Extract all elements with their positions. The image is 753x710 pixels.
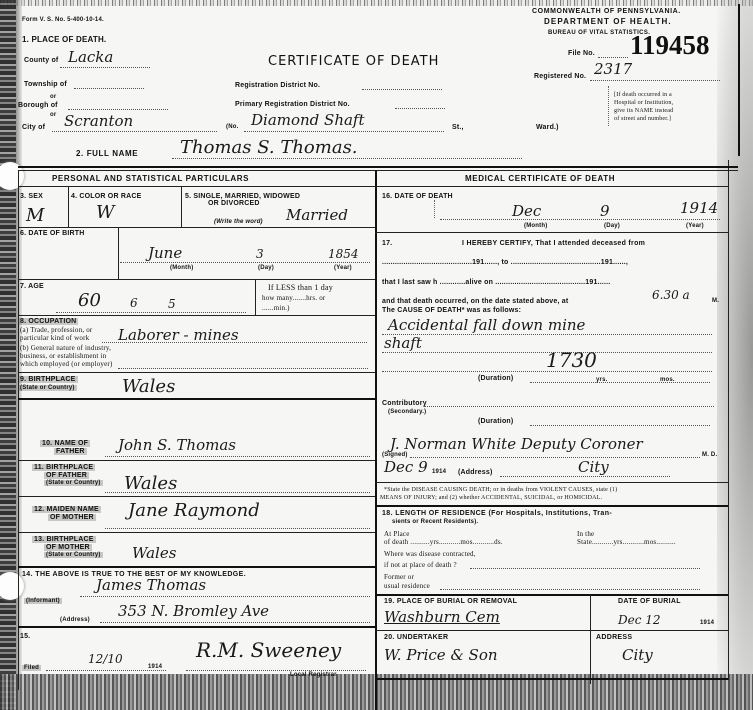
burial-place-value: Washburn Cem <box>384 610 500 625</box>
row-line <box>18 315 375 316</box>
bottom-border <box>375 678 728 680</box>
undertaker-address-label: ADDRESS <box>596 634 632 641</box>
street-line <box>244 131 444 132</box>
occupation-label: 8. OCCUPATION <box>18 318 78 325</box>
header-divider-2 <box>18 170 738 171</box>
father-birthplace-label: 11. BIRTHPLACE <box>32 464 95 471</box>
attendance-range-line: ........................................… <box>382 259 628 266</box>
cause-of-death-label: The CAUSE OF DEATH* was as follows: <box>382 307 521 314</box>
less-than-day-text: how many.......hrs. or <box>262 295 325 302</box>
where-contracted-line: if not at place of death ? <box>384 562 457 569</box>
burial-place-label: 19. PLACE OF BURIAL OR REMOVAL <box>384 598 517 605</box>
registrar-label: Local Registrar <box>290 672 337 678</box>
age-line <box>56 312 246 313</box>
marital-label-2: OR DIVORCED <box>208 200 260 207</box>
occupation-line <box>102 342 367 343</box>
duration-line <box>530 382 710 383</box>
informant-label: (Informant) <box>24 598 62 604</box>
birthplace-hint: (State or Country) <box>18 385 77 391</box>
former-residence-dots <box>440 589 700 590</box>
column-divider <box>375 170 377 710</box>
undertaker-label: 20. UNDERTAKER <box>384 634 448 641</box>
footnote-line-2: MEANS OF INJURY; and (2) whether ACCIDEN… <box>380 495 602 501</box>
informant-address-value: 353 N. Bromley Ave <box>118 604 269 619</box>
row-line <box>375 505 728 507</box>
primary-registration-district-label: Primary Registration District No. <box>235 101 350 108</box>
full-name-label: 2. FULL NAME <box>76 150 138 158</box>
county-line <box>60 67 150 68</box>
or-label: or <box>50 94 56 100</box>
city-label: City of <box>22 124 45 131</box>
age-months: 6 <box>130 297 138 309</box>
informant-line <box>80 596 370 597</box>
certify-text: I HEREBY CERTIFY, That I attended deceas… <box>462 240 645 247</box>
undertaker-value: W. Price & Son <box>384 648 498 663</box>
ward-label: Ward.) <box>536 124 559 131</box>
undertaker-address-value: City <box>622 648 653 663</box>
row-line <box>375 630 728 631</box>
where-contracted-dots <box>470 568 700 569</box>
mother-birthplace-value: Wales <box>132 546 176 561</box>
certify-number: 17. <box>382 240 392 247</box>
file-no-line <box>598 57 628 58</box>
burial-date-value: Dec 12 <box>618 614 661 626</box>
row-line <box>18 186 375 187</box>
cause-line-2: shaft <box>384 336 422 351</box>
month-caption: (Month) <box>524 223 547 229</box>
color-value: W <box>96 204 115 222</box>
row-line <box>375 482 728 483</box>
hospital-note: give its NAME instead <box>614 108 673 114</box>
file-number: 119458 <box>630 32 710 59</box>
borough-label: Borough of <box>18 102 58 109</box>
physician-address-line <box>500 476 670 477</box>
cause-line <box>382 334 712 335</box>
informant-address-line <box>100 622 370 623</box>
form-number: Form V. S. No. 5-400-10-14. <box>22 17 104 23</box>
cause-line-1: Accidental fall down mine <box>388 318 585 333</box>
mother-name-label: 12. MAIDEN NAME <box>32 506 101 513</box>
dob-year: 1854 <box>328 248 359 260</box>
father-name-line <box>105 456 370 457</box>
year-caption: (Year) <box>686 223 704 229</box>
hospital-note: of street and number.] <box>614 116 671 122</box>
father-name-label-2: FATHER <box>54 448 87 455</box>
burial-date-label: DATE OF BURIAL <box>618 598 681 605</box>
informant-value: James Thomas <box>96 578 206 593</box>
county-label: County of <box>24 57 58 64</box>
marital-label: 5. SINGLE, MARRIED, WIDOWED <box>185 193 300 200</box>
father-birthplace-hint: (State or Country) <box>44 480 103 486</box>
where-contracted-label: Where was disease contracted, <box>384 551 476 558</box>
row-line <box>18 227 375 228</box>
filed-label: 15. <box>20 633 30 640</box>
death-date-line <box>440 219 720 220</box>
duration-2-label: (Duration) <box>478 418 513 425</box>
signed-date: Dec 9 <box>384 460 428 475</box>
less-than-day-text: ......min.) <box>262 305 290 312</box>
registered-no-label: Registered No. <box>534 73 586 80</box>
age-label: 7. AGE <box>20 283 44 290</box>
row-line <box>18 460 375 461</box>
industry-hint: which employed (or employer) <box>20 361 113 368</box>
county-value: Lacka <box>68 50 113 65</box>
mother-birthplace-label: 13. BIRTHPLACE <box>32 536 96 543</box>
duration-2-line <box>530 425 710 426</box>
registrar-line <box>186 670 366 671</box>
father-birthplace-line <box>105 492 370 493</box>
cell-divider <box>181 186 182 227</box>
former-residence-line: usual residence <box>384 583 430 590</box>
death-month: Dec <box>512 204 541 219</box>
street-suffix-label: St., <box>452 124 464 131</box>
less-than-day-text: If LESS than 1 day <box>268 284 333 292</box>
industry-hint: (b) General nature of industry, <box>20 345 111 352</box>
cell-divider <box>434 200 435 218</box>
mother-name-value: Jane Raymond <box>128 502 260 520</box>
death-time: 6.30 a <box>652 289 690 301</box>
sex-label: 3. SEX <box>20 193 43 200</box>
father-name-value: John S. Thomas <box>118 438 236 453</box>
full-name-value: Thomas S. Thomas. <box>180 139 358 157</box>
city-value: Scranton <box>64 114 133 129</box>
signed-year: 1914 <box>432 469 446 475</box>
or-label: or <box>50 112 56 118</box>
former-residence-label: Former or <box>384 574 414 581</box>
row-line <box>18 372 375 373</box>
death-year: 1914 <box>680 201 718 216</box>
father-birthplace-label-2: OF FATHER <box>44 472 89 479</box>
last-saw-line: that I last saw h ............alive on .… <box>382 279 610 286</box>
physician-address-label: (Address) <box>458 469 492 476</box>
row-line <box>18 398 375 400</box>
father-birthplace-value: Wales <box>124 475 177 493</box>
dob-line <box>120 262 370 263</box>
scan-binding-edge <box>0 0 16 710</box>
left-border <box>18 170 19 690</box>
at-place-line: of death ..........yrs...........mos....… <box>384 539 503 546</box>
father-name-label: 10. NAME OF <box>40 440 90 447</box>
cell-divider <box>590 594 591 684</box>
month-caption: (Month) <box>170 265 193 271</box>
signed-by: J. Norman White Deputy Coroner <box>390 437 643 452</box>
filed-line <box>46 670 166 671</box>
contributory-line <box>424 406 714 407</box>
scan-noise-top <box>0 0 753 6</box>
issuer-department: DEPARTMENT OF HEALTH. <box>544 18 672 26</box>
registration-district-label: Registration District No. <box>235 82 320 89</box>
informant-address-label: (Address) <box>60 617 90 623</box>
date-of-death-label: 16. DATE OF DEATH <box>382 193 453 200</box>
sex-value: M <box>26 207 44 225</box>
in-state-line: State...........yrs...........mos.......… <box>577 539 676 546</box>
full-name-line <box>172 158 522 159</box>
cause-line <box>382 371 712 372</box>
color-label: 4. COLOR OR RACE <box>71 193 141 200</box>
year-caption: (Year) <box>334 265 352 271</box>
burial-year: 1914 <box>700 620 714 626</box>
cell-divider <box>118 227 119 279</box>
row-line <box>375 186 728 187</box>
residence-label: 18. LENGTH OF RESIDENCE (For Hospitals, … <box>382 510 612 517</box>
township-label: Township of <box>24 81 67 88</box>
industry-hint: business, or establishment in <box>20 353 106 360</box>
hospital-note-divider <box>608 86 609 126</box>
row-line <box>18 626 375 628</box>
physician-address: City <box>578 460 609 475</box>
hospital-note: [If death occurred in a <box>614 92 672 98</box>
row-line <box>375 594 728 596</box>
marital-hint: (Write the word) <box>214 219 263 225</box>
birthplace-value: Wales <box>122 378 175 396</box>
township-line <box>74 88 144 89</box>
mother-birthplace-label-2: OF MOTHER <box>44 544 92 551</box>
registered-no-line <box>590 80 720 81</box>
industry-line <box>118 368 368 369</box>
row-line <box>18 279 375 280</box>
contributory-label: Contributory <box>382 400 427 407</box>
street-number-label: (No. <box>226 124 238 130</box>
row-line <box>18 566 375 568</box>
hospital-note: Hospital or Institution, <box>614 100 673 106</box>
age-years: 60 <box>78 292 101 310</box>
border-right-upper <box>738 4 740 156</box>
cell-divider <box>255 279 256 315</box>
cell-divider <box>68 186 69 227</box>
row-line <box>18 532 375 533</box>
row-line <box>375 232 728 233</box>
death-day: 9 <box>600 204 610 219</box>
dob-day: 3 <box>256 248 264 260</box>
filed-date: 12/10 <box>88 653 123 665</box>
years-unit: yrs. <box>596 377 607 383</box>
mother-name-line <box>105 528 370 529</box>
city-line <box>52 131 217 132</box>
primary-district-line <box>395 108 445 109</box>
street-value: Diamond Shaft <box>251 113 365 128</box>
death-time-suffix: M. <box>712 298 719 304</box>
medical-section-header: MEDICAL CERTIFICATE OF DEATH <box>465 175 615 183</box>
mother-name-label-2: OF MOTHER <box>48 514 96 521</box>
registration-district-line <box>362 89 442 90</box>
birthplace-label: 9. BIRTHPLACE <box>18 376 78 383</box>
at-place-label: At Place <box>384 531 410 538</box>
mother-birthplace-hint: (State or Country) <box>44 552 103 558</box>
death-certificate: Form V. S. No. 5-400-10-14. 1. PLACE OF … <box>0 0 753 710</box>
dob-label: 6. DATE OF BIRTH <box>20 230 85 237</box>
personal-section-header: PERSONAL AND STATISTICAL PARTICULARS <box>52 175 249 183</box>
residence-sublabel: sients or Recent Residents). <box>392 519 478 525</box>
duration-value: 1730 <box>546 350 597 370</box>
certificate-title: CERTIFICATE OF DEATH <box>268 55 439 68</box>
age-days: 5 <box>168 298 176 310</box>
duration-label: (Duration) <box>478 375 513 382</box>
day-caption: (Day) <box>604 223 620 229</box>
border-right-lower <box>728 160 729 680</box>
place-of-death-label: 1. PLACE OF DEATH. <box>22 36 106 44</box>
marital-value: Married <box>286 208 348 223</box>
contributory-sublabel: (Secondary.) <box>388 409 426 415</box>
row-line <box>18 496 375 497</box>
registrar-signature: R.M. Sweeney <box>196 640 341 660</box>
issuer-commonwealth: COMMONWEALTH OF PENNSYLVANIA. <box>532 8 681 15</box>
file-no-label: File No. <box>568 50 595 57</box>
scan-noise-right <box>717 0 753 710</box>
occupation-hint: particular kind of work <box>20 335 89 342</box>
filed-prefix: Filed <box>22 665 41 671</box>
footnote-line-1: *State the DISEASE CAUSING DEATH; or in … <box>384 487 617 493</box>
signed-line <box>410 457 700 458</box>
header-divider <box>18 166 738 168</box>
md-label: M. D. <box>702 452 717 458</box>
months-unit: mos. <box>660 377 675 383</box>
death-occurred-text: and that death occurred, on the date sta… <box>382 298 568 305</box>
registered-no-value: 2317 <box>594 62 632 77</box>
borough-line <box>68 109 168 110</box>
dob-month: June <box>148 246 182 261</box>
occupation-hint: (a) Trade, profession, or <box>20 327 92 334</box>
in-state-label: In the <box>577 531 594 538</box>
day-caption: (Day) <box>258 265 274 271</box>
occupation-value: Laborer - mines <box>118 328 239 343</box>
